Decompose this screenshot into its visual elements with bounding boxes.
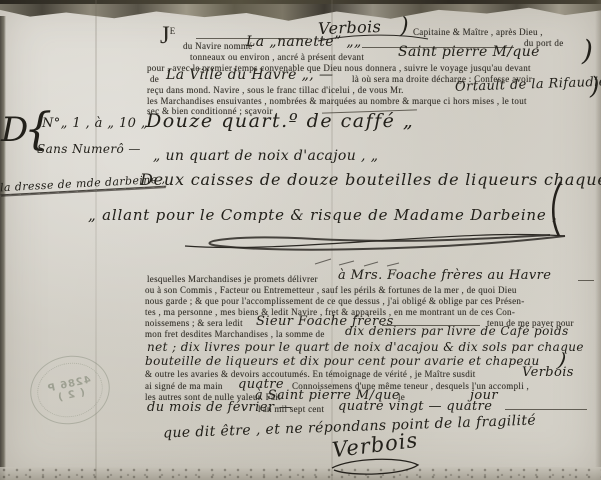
printed-year: l'an mil sept cent xyxy=(258,404,324,414)
master-name-handwritten: Verbois xyxy=(522,365,574,380)
document-scan: 4286 P ( 2 ) JE Verbois ) Capitaine & Ma… xyxy=(0,0,601,480)
flourish-paren: ) xyxy=(590,72,600,100)
cargo-no-number: Sans Numerô — xyxy=(37,142,141,156)
signature-flourish xyxy=(326,458,426,478)
left-edge-shadow xyxy=(0,16,6,480)
anchor-port-handwritten: Saint pierre M/que xyxy=(398,44,540,60)
drop-cap-j: J xyxy=(160,22,170,49)
printed-received-line: reçu dans mond. Navire , sous le franc t… xyxy=(147,85,404,95)
printed-anchored-line: tonneaux ou environ , ancré à présent de… xyxy=(190,52,364,62)
freight-rate-2-handwritten: net ; dix livres pour le quart de noix d… xyxy=(147,340,584,354)
flourish-paren: ) xyxy=(582,34,593,67)
pen-dash xyxy=(578,280,594,281)
cargo-numbers-handwritten: N°„ 1 , à „ 10 „ xyxy=(42,116,148,131)
printed-ship-label: du Navire nommé xyxy=(183,41,252,51)
year-handwritten: quatre vingt — quatre xyxy=(338,399,492,414)
destination-handwritten: La Ville du Havre „, — xyxy=(166,67,333,83)
cargo-item-coffee: Douze quart.º de caffé „ xyxy=(146,110,414,132)
printed-ledit-line: noissemens ; & sera ledit xyxy=(145,318,243,328)
bottom-edge-speckle xyxy=(0,467,601,480)
pen-flourish xyxy=(165,224,575,274)
archive-stamp-ring xyxy=(32,357,108,424)
cargo-item-cashew: „ un quart de noix d'acajou , „ xyxy=(153,148,378,164)
printed-somme-line: mon fret desdites Marchandises , la somm… xyxy=(145,329,325,339)
cargo-item-bottles: Deux caisses de douze bouteilles de liqu… xyxy=(140,170,601,189)
printed-garde-line: nous garde ; & que pour l'accomplissemen… xyxy=(145,296,525,306)
archive-stamp: 4286 P ( 2 ) xyxy=(24,348,116,431)
top-edge-shadow xyxy=(0,0,601,4)
printed-of: de xyxy=(150,74,159,84)
printed-goods-line: les Marchandises ensuivantes , nombrées … xyxy=(147,96,527,106)
printed-commis-line: ou à son Commis , Facteur ou Entremetteu… xyxy=(145,285,517,295)
pen-dash xyxy=(505,409,587,410)
printed-temoignage-line: & outre les avaries & devoirs accoutumés… xyxy=(145,369,476,379)
printed-deliver-line: lesquelles Marchandises je promets déliv… xyxy=(147,274,318,284)
cargo-account-line: „ allant pour le Compte & risque de Mada… xyxy=(88,206,558,224)
freight-rate-1-handwritten: dix deniers par livre de Café poids xyxy=(345,324,569,338)
consignee-handwritten: à Mrs. Foache frères au Havre xyxy=(338,268,551,283)
freight-rate-3-handwritten: bouteille de liqueurs et dix pour cent p… xyxy=(145,354,540,368)
drop-cap-je: JE xyxy=(160,26,177,48)
ship-name-handwritten: La „nanette” „„ xyxy=(246,34,362,50)
drop-cap-e: E xyxy=(170,26,178,36)
printed-signed-line: ai signé de ma main xyxy=(145,381,223,391)
printed-captain-title: Capitaine & Maître , après Dieu , xyxy=(413,27,543,37)
margin-pen-stroke xyxy=(547,180,567,238)
